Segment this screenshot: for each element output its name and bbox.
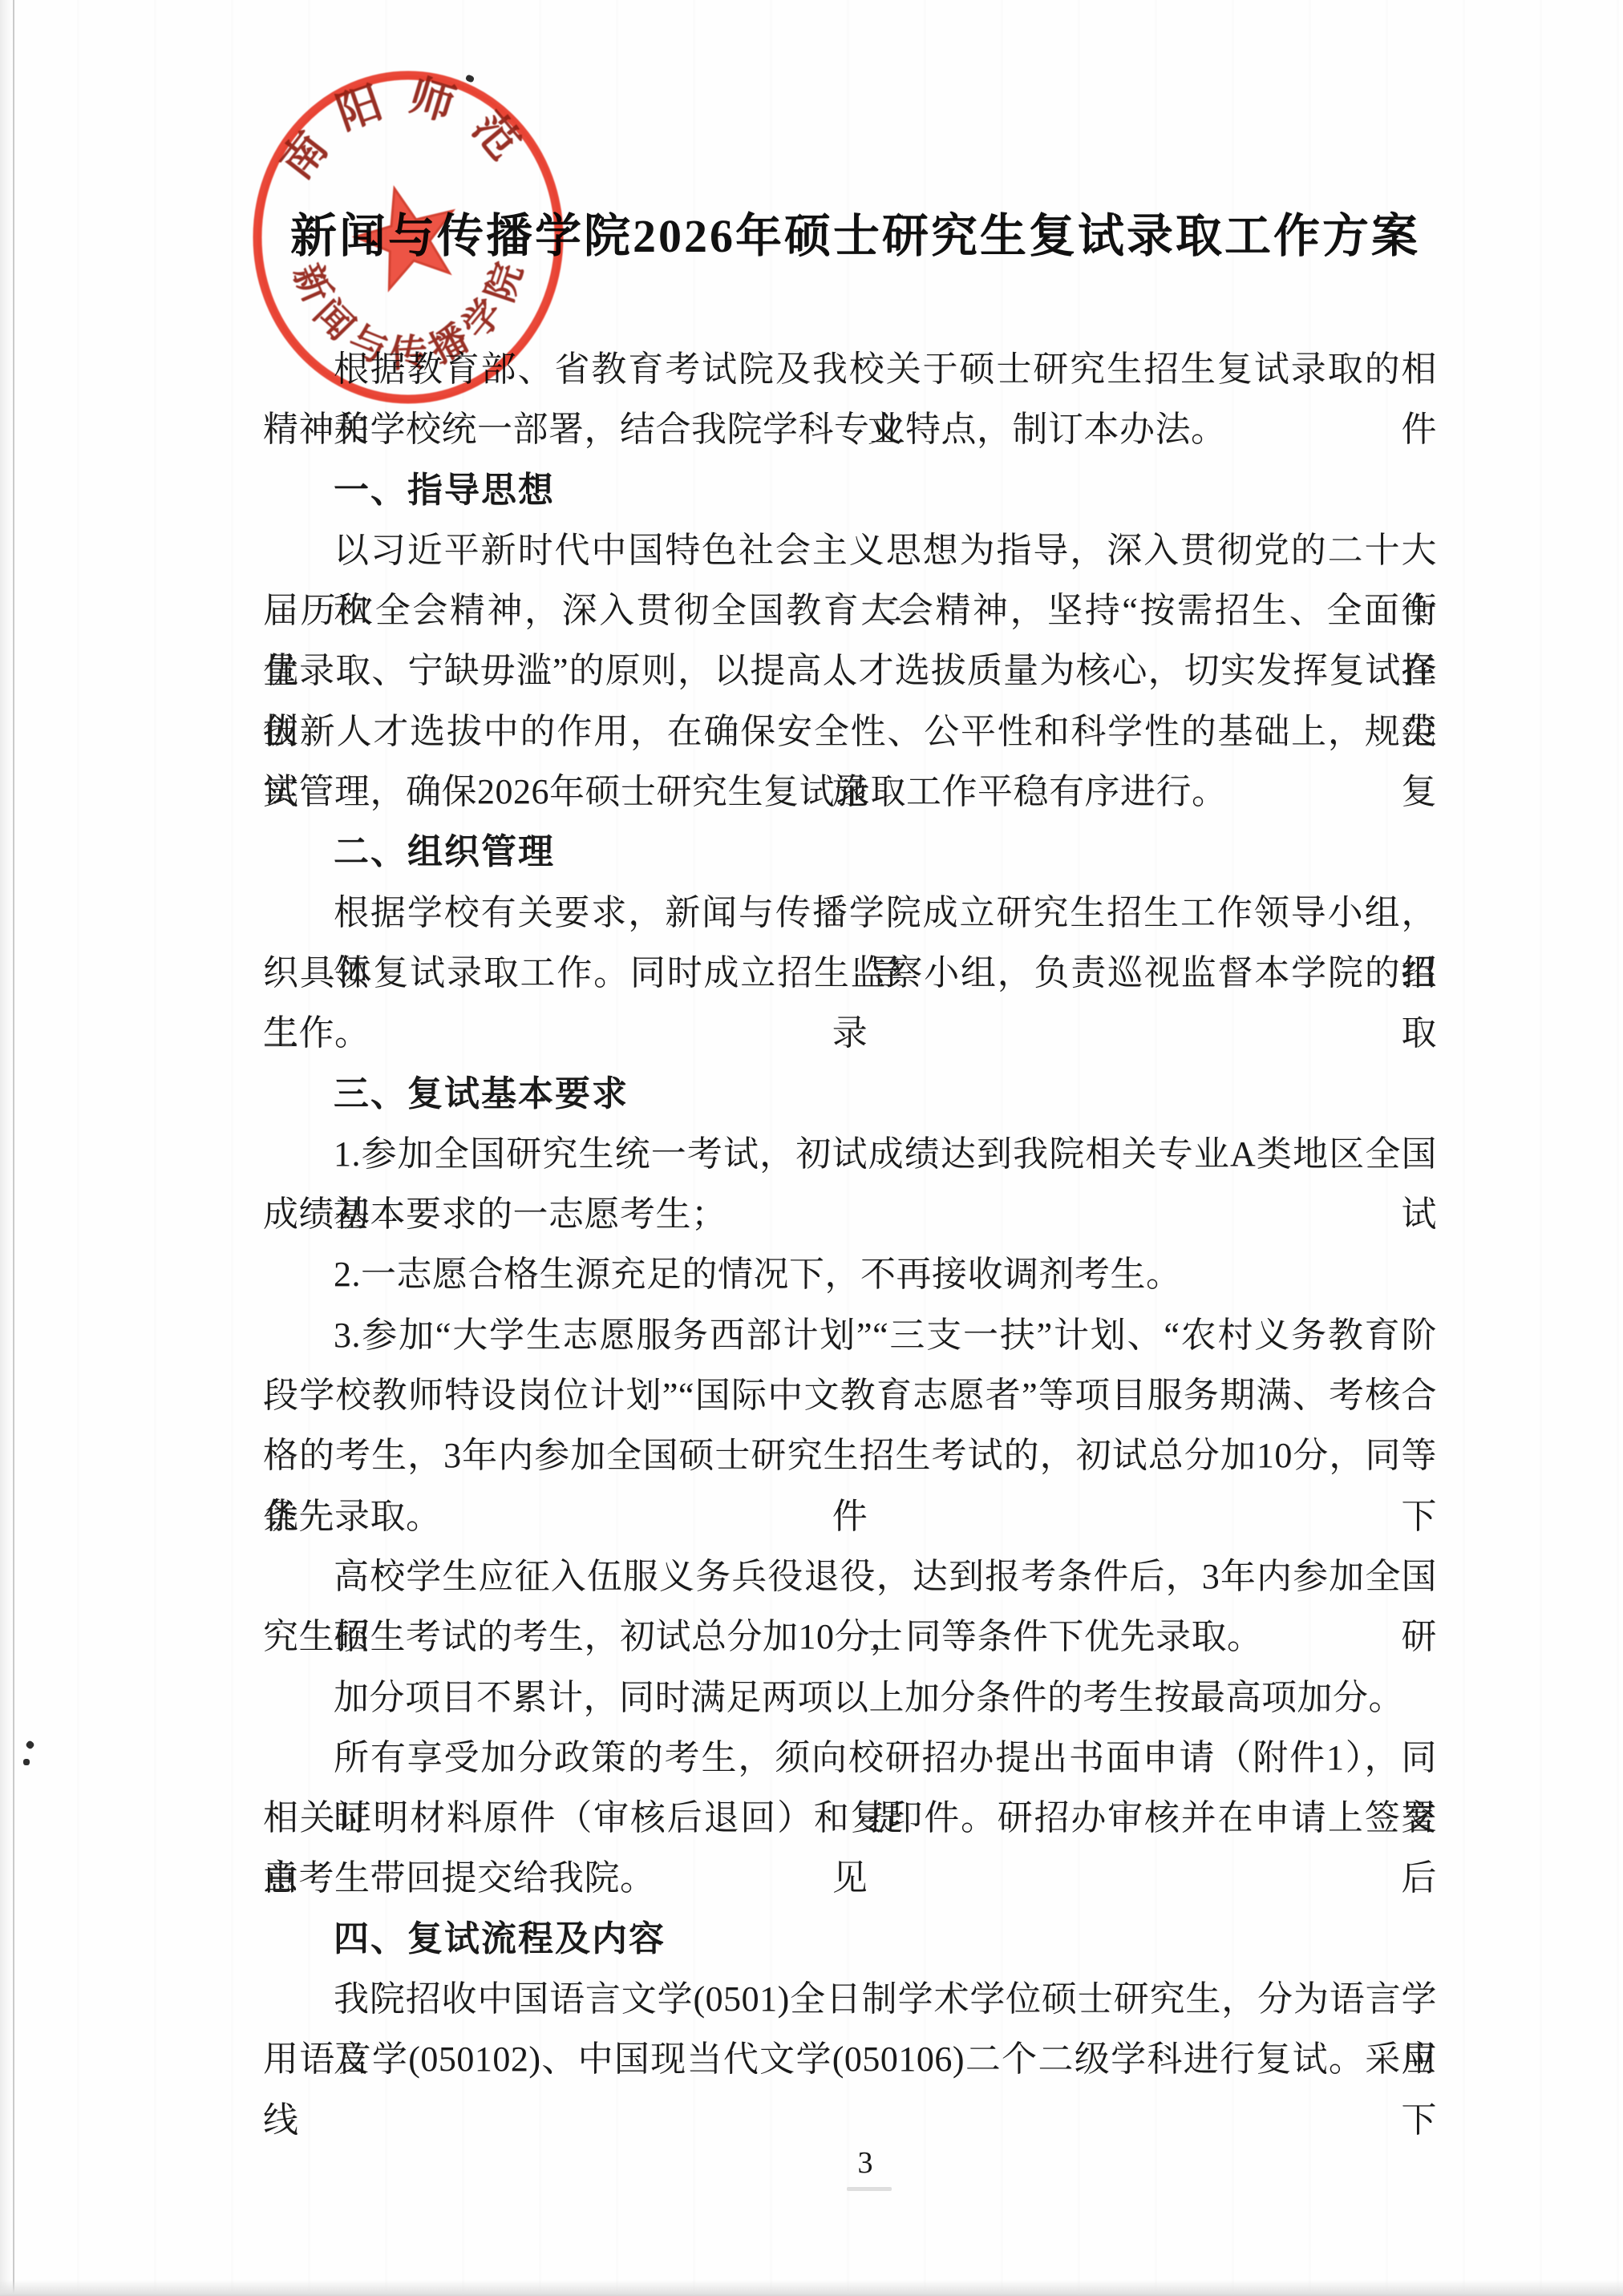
ink-speck [465, 74, 475, 83]
text-line: 所有享受加分政策的考生，须向校研招办提出书面申请（附件1），同时提交 [263, 1728, 1437, 1788]
text-line: 优录取、宁缺毋滥”的原则，以提高人才选拔质量为核心，切实发挥复试在拔尖 [263, 641, 1437, 701]
text-line: 届历次全会精神，深入贯彻全国教育大会精神，坚持“按需招生、全面衡量、择 [263, 580, 1437, 641]
scanned-document-page: 新闻与传播学院2026年硕士研究生复试录取工作方案 根据教育部、省教育考试院及我… [0, 0, 1623, 2296]
ink-speck [25, 1740, 35, 1750]
text-line: 究生招生考试的考生，初试总分加10分，同等条件下优先录取。 [263, 1607, 1437, 1667]
text-line: 格的考生，3年内参加全国硕士研究生招生考试的，初试总分加10分，同等条件下 [263, 1425, 1437, 1486]
text-line: 段学校教师特设岗位计划”“国际中文教育志愿者”等项目服务期满、考核合 [263, 1365, 1437, 1425]
text-line: 加分项目不累计，同时满足两项以上加分条件的考生按最高项加分。 [263, 1667, 1437, 1728]
scan-edge-bottom [0, 2280, 1623, 2296]
text-line: 根据教育部、省教育考试院及我校关于硕士研究生招生复试录取的相关文件 [263, 339, 1437, 399]
text-line: 1.参加全国研究生统一考试，初试成绩达到我院相关专业A类地区全国初 试 [263, 1124, 1437, 1184]
text-line: 相关证明材料原件（审核后退回）和复印件。研招办审核并在申请上签署意见后 [263, 1788, 1437, 1848]
text-line: 根据学校有关要求，新闻与传播学院成立研究生招生工作领导小组，领导组 [263, 883, 1437, 943]
text-line: 以习近平新时代中国特色社会主义思想为指导，深入贯彻党的二十大和二十 [263, 520, 1437, 580]
text-line: 创新人才选拔中的作用，在确保安全性、公平性和科学性的基础上，规范实施复 [263, 701, 1437, 762]
text-line: 高校学生应征入伍服义务兵役退役，达到报考条件后，3年内参加全国硕士研 [263, 1546, 1437, 1607]
seal-top-text: 南阳师范 [271, 71, 542, 188]
ink-speck [23, 1759, 30, 1765]
document-body: 根据教育部、省教育考试院及我校关于硕士研究生招生复试录取的相关文件精神和学校统一… [263, 339, 1437, 2090]
text-line: 用语言学(050102)、中国现当代文学(050106)二个二级学科进行复试。采… [263, 2029, 1437, 2089]
document-title: 新闻与传播学院2026年硕士研究生复试录取工作方案 [290, 210, 1420, 263]
page-number: 3 [837, 2145, 893, 2181]
page-number-smudge [847, 2187, 892, 2191]
scan-edge-left [0, 0, 14, 2296]
text-line: 二、组织管理 [263, 822, 1437, 882]
text-line: 四、复试流程及内容 [263, 1909, 1437, 1969]
text-line: 一、指导思想 [263, 460, 1437, 520]
text-line: 我院招收中国语言文学(0501)全日制学术学位硕士研究生，分为语言学及 应 [263, 1969, 1437, 2029]
text-line: 2.一志愿合格生源充足的情况下，不再接收调剂考生。 [263, 1244, 1437, 1304]
text-line: 织具体复试录取工作。同时成立招生监察小组，负责巡视监督本学院的招生录取 [263, 943, 1437, 1003]
text-line: 3.参加“大学生志愿服务西部计划”“三支一扶”计划、“农村义务教育阶 [263, 1305, 1437, 1365]
text-line: 三、复试基本要求 [263, 1064, 1437, 1124]
